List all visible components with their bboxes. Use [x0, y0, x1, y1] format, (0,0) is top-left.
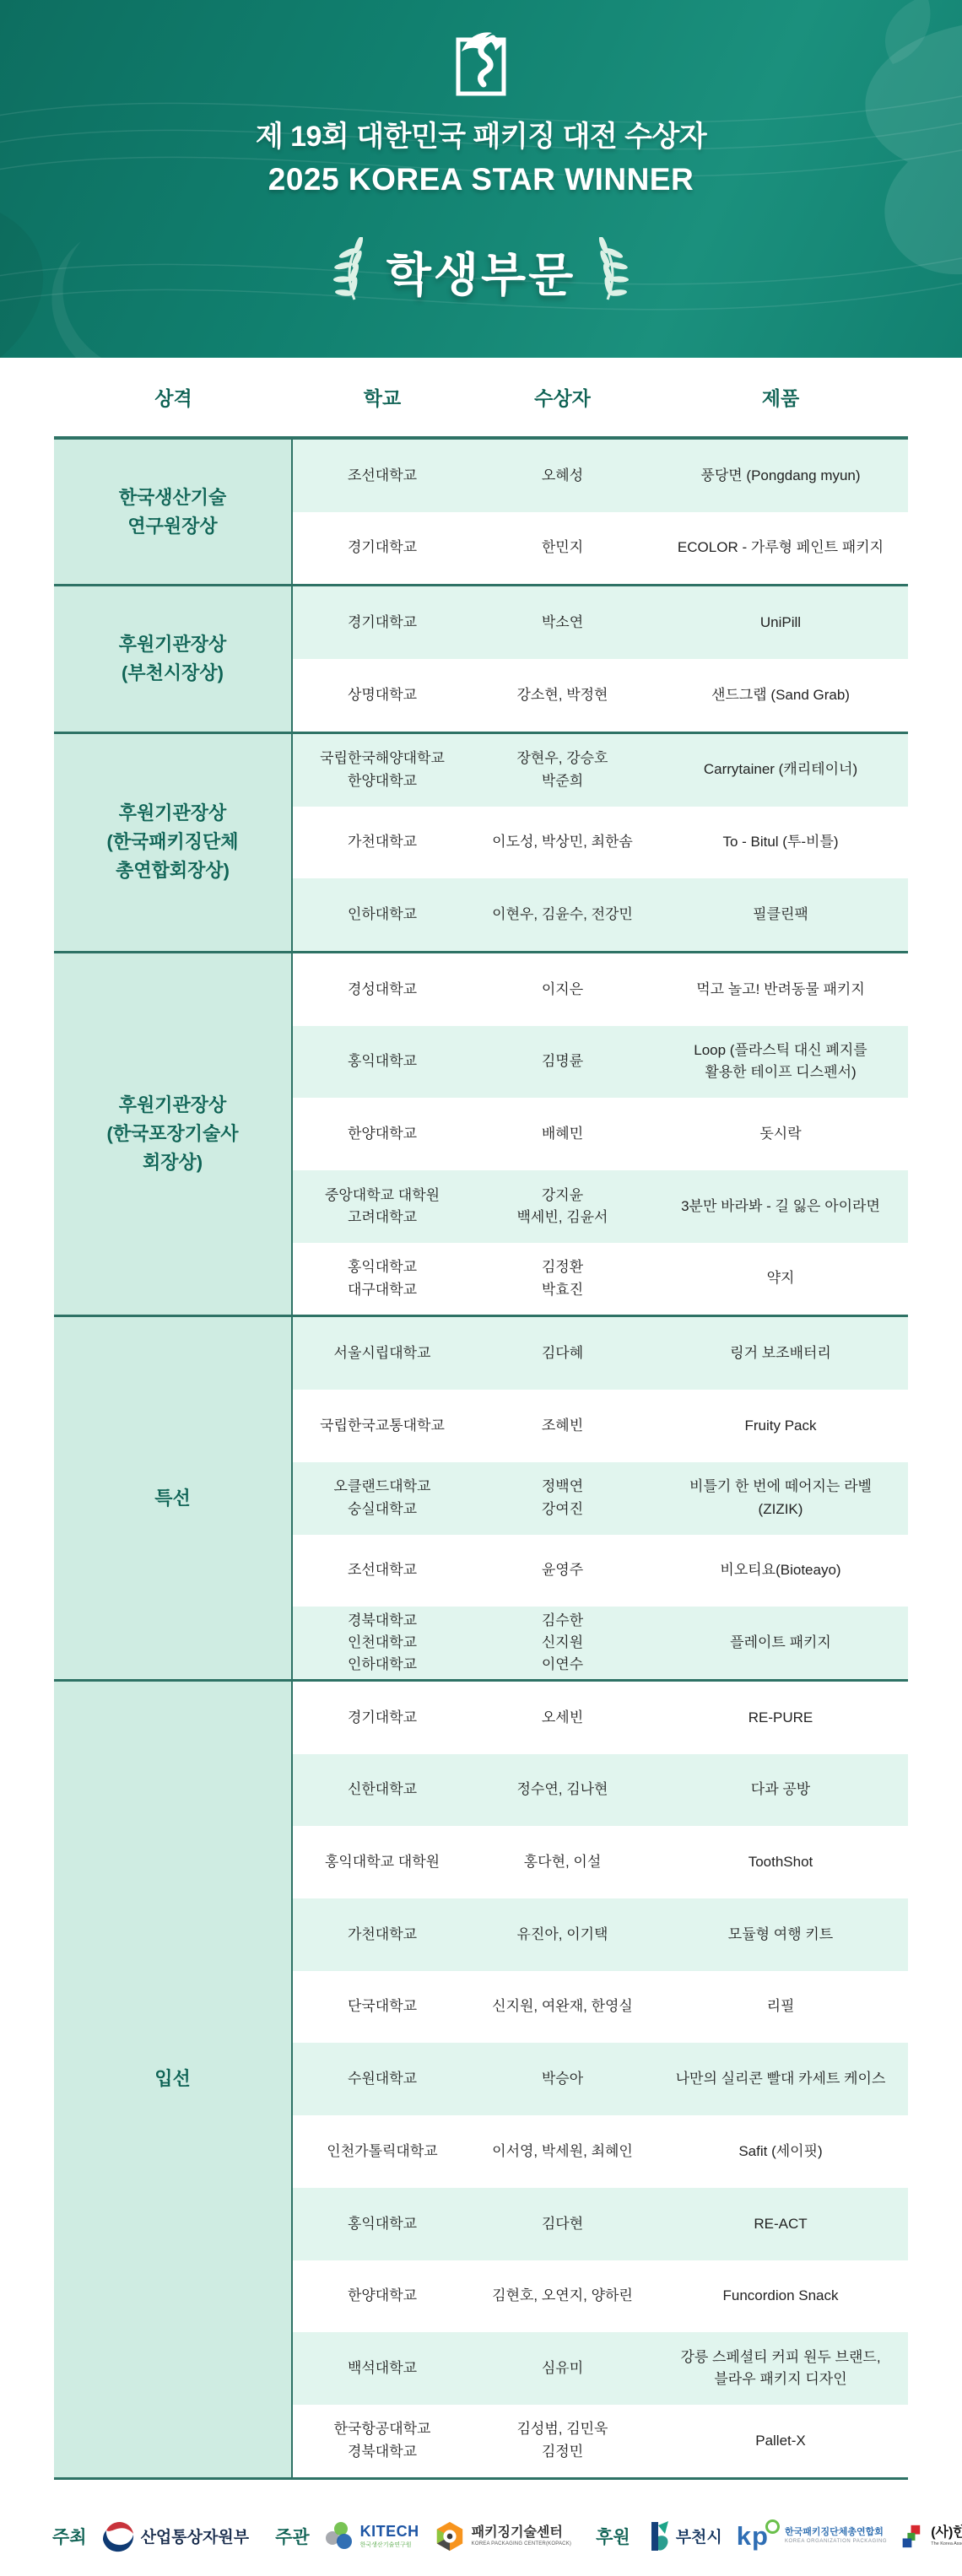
header-product: 제품: [653, 383, 908, 411]
product-cell: Funcordion Snack: [653, 2285, 908, 2307]
packaging-center-hexagon-icon: [434, 2520, 466, 2552]
product-cell: 다과 공방: [653, 1779, 908, 1801]
org-kappe: (사)한국포장기술사회 The Korea Association of Pro…: [901, 2522, 962, 2551]
division-title: 학생부문: [386, 238, 576, 305]
product-cell: Pallet-X: [653, 2430, 908, 2452]
kopack-name: 패키징기술센터: [472, 2525, 571, 2541]
product-cell: Loop (플라스틱 대신 폐지를 활용한 테이프 디스펜서): [653, 1040, 908, 1084]
product-cell: ECOLOR - 가루형 페인트 패키지: [653, 537, 908, 559]
org-kp: kp 한국패키징단체총연합회 KOREA ORGANIZATION PACKAG…: [737, 2523, 887, 2549]
winner-cell: 김다현: [472, 2213, 653, 2235]
school-cell: 수원대학교: [293, 2068, 472, 2090]
award-cell: 한국생산기술 연구원장상: [54, 440, 291, 584]
product-cell: To - Bitul (투-비틀): [653, 831, 908, 853]
winner-cell: 박승아: [472, 2068, 653, 2090]
table-row: 한양대학교김현호, 오연지, 양하린Funcordion Snack: [293, 2260, 908, 2333]
winner-cell: 정백연 강여진: [472, 1476, 653, 1520]
table-body: 한국생산기술 연구원장상 조선대학교오혜성풍당면 (Pongdang myun)…: [54, 436, 908, 2480]
winner-cell: 김수한 신지원 이연수: [472, 1610, 653, 1677]
korea-star-emblem-icon: [455, 25, 507, 98]
school-cell: 백석대학교: [293, 2357, 472, 2379]
winner-cell: 강소현, 박정현: [472, 684, 653, 706]
winner-cell: 정수연, 김나현: [472, 1779, 653, 1801]
product-cell: 모듈형 여행 키트: [653, 1924, 908, 1946]
product-cell: RE-PURE: [653, 1707, 908, 1729]
table-header-row: 상격 학교 수상자 제품: [54, 358, 908, 436]
host-label: 주최: [52, 2524, 87, 2549]
table-row: 인천가톨릭대학교이서영, 박세원, 최혜인Safit (세이핏): [293, 2115, 908, 2188]
bucheon-city-icon: [645, 2520, 670, 2552]
kitech-name: KITECH: [360, 2524, 419, 2541]
table-row: 조선대학교윤영주비오티요(Bioteayo): [293, 1535, 908, 1607]
motie-name: 산업통상자원부: [141, 2525, 249, 2547]
school-cell: 오클랜드대학교 숭실대학교: [293, 1476, 472, 1520]
product-cell: 리필: [653, 1995, 908, 2017]
winner-cell: 심유미: [472, 2357, 653, 2379]
award-cell: 후원기관장상 (한국포장기술사 회장상): [54, 953, 291, 1315]
winner-cell: 김현호, 오연지, 양하린: [472, 2285, 653, 2307]
table-row: 상명대학교강소현, 박정현샌드그랩 (Sand Grab): [293, 659, 908, 732]
table-row: 서울시립대학교김다혜링거 보조배터리: [293, 1317, 908, 1390]
school-cell: 경기대학교: [293, 1707, 472, 1729]
school-cell: 한양대학교: [293, 2285, 472, 2307]
product-cell: 약지: [653, 1267, 908, 1289]
winner-cell: 김성범, 김민욱 김정민: [472, 2418, 653, 2463]
table-row: 한양대학교배혜민돗시락: [293, 1098, 908, 1170]
winner-cell: 이서영, 박세원, 최혜인: [472, 2141, 653, 2163]
table-row: 중앙대학교 대학원 고려대학교강지윤 백세빈, 김윤서3분만 바라봐 - 길 잃…: [293, 1170, 908, 1243]
winner-cell: 신지원, 여완재, 한영실: [472, 1995, 653, 2017]
product-cell: 링거 보조배터리: [653, 1342, 908, 1364]
motie-taegeuk-icon: [101, 2519, 135, 2553]
kp-ring-icon: [765, 2519, 780, 2534]
table-row: 경북대학교 인천대학교 인하대학교김수한 신지원 이연수플레이트 패키지: [293, 1607, 908, 1679]
table-row: 경기대학교박소연UniPill: [293, 586, 908, 659]
laurel-right-icon: [596, 237, 631, 305]
winner-cell: 한민지: [472, 537, 653, 559]
school-cell: 홍익대학교: [293, 2213, 472, 2235]
winner-cell: 조혜빈: [472, 1415, 653, 1437]
school-cell: 국립한국교통대학교: [293, 1415, 472, 1437]
product-cell: 풍당면 (Pongdang myun): [653, 465, 908, 487]
school-cell: 조선대학교: [293, 465, 472, 487]
kopack-subtext: KOREA PACKAGING CENTER(KOPACK): [472, 2541, 571, 2547]
winner-cell: 유진아, 이기택: [472, 1924, 653, 1946]
table-row: 조선대학교오혜성풍당면 (Pongdang myun): [293, 440, 908, 512]
school-cell: 홍익대학교 대학원: [293, 1851, 472, 1873]
product-cell: 플레이트 패키지: [653, 1632, 908, 1654]
kappe-squares-icon: [901, 2522, 925, 2551]
winner-cell: 김명륜: [472, 1050, 653, 1072]
table-row: 경성대학교이지은먹고 놀고! 반려동물 패키지: [293, 953, 908, 1026]
header-school: 학교: [293, 383, 472, 411]
award-group: 후원기관장상 (부천시장상) 경기대학교박소연UniPill 상명대학교강소현,…: [54, 584, 908, 731]
table-row: 가천대학교유진아, 이기택모듈형 여행 키트: [293, 1898, 908, 1971]
school-cell: 서울시립대학교: [293, 1342, 472, 1364]
school-cell: 홍익대학교 대구대학교: [293, 1256, 472, 1301]
product-cell: 3분만 바라봐 - 길 잃은 아이라면: [653, 1196, 908, 1218]
table-row: 한국항공대학교 경북대학교김성범, 김민욱 김정민Pallet-X: [293, 2405, 908, 2477]
org-kitech: KITECH 한국생산기술연구원: [324, 2521, 419, 2552]
table-row: 홍익대학교 대구대학교김정환 박효진약지: [293, 1243, 908, 1315]
table-row: 국립한국해양대학교 한양대학교장현우, 강승호 박준희Carrytainer (…: [293, 734, 908, 807]
table-row: 홍익대학교 대학원홍다현, 이설ToothShot: [293, 1826, 908, 1898]
product-cell: 강릉 스페셜티 커피 원두 브랜드, 블라우 패키지 디자인: [653, 2346, 908, 2391]
school-cell: 경성대학교: [293, 979, 472, 1001]
school-cell: 인하대학교: [293, 904, 472, 926]
table-row: 홍익대학교김다현RE-ACT: [293, 2188, 908, 2260]
award-cell: 입선: [54, 1682, 291, 2477]
organizer-label: 주관: [275, 2524, 310, 2549]
table-row: 경기대학교오세빈RE-PURE: [293, 1682, 908, 1754]
product-cell: 먹고 놀고! 반려동물 패키지: [653, 979, 908, 1001]
award-cell: 후원기관장상 (한국패키징단체 총연합회장상): [54, 734, 291, 951]
school-cell: 조선대학교: [293, 1559, 472, 1581]
school-cell: 홍익대학교: [293, 1050, 472, 1072]
school-cell: 신한대학교: [293, 1779, 472, 1801]
product-cell: 나만의 실리콘 빨대 카세트 케이스: [653, 2068, 908, 2090]
school-cell: 국립한국해양대학교 한양대학교: [293, 748, 472, 792]
banner-subtitle: 2025 KOREA STAR WINNER: [0, 162, 962, 197]
kappe-subtext: The Korea Association of Professional Pa…: [931, 2541, 962, 2546]
school-cell: 중앙대학교 대학원 고려대학교: [293, 1185, 472, 1229]
table-row: 신한대학교정수연, 김나현다과 공방: [293, 1754, 908, 1827]
winner-cell: 박소연: [472, 612, 653, 634]
table-row: 가천대학교이도성, 박상민, 최한솜To - Bitul (투-비틀): [293, 807, 908, 879]
product-cell: Fruity Pack: [653, 1415, 908, 1437]
award-group: 특선 서울시립대학교김다혜링거 보조배터리 국립한국교통대학교조혜빈Fruity…: [54, 1315, 908, 1679]
award-group: 입선 경기대학교오세빈RE-PURE 신한대학교정수연, 김나현다과 공방 홍익…: [54, 1679, 908, 2477]
banner: 제 19회 대한민국 패키징 대전 수상자 2025 KOREA STAR WI…: [0, 0, 962, 358]
kp-name: 한국패키징단체총연합회: [785, 2527, 887, 2537]
product-cell: 샌드그랩 (Sand Grab): [653, 684, 908, 706]
product-cell: UniPill: [653, 612, 908, 634]
winner-cell: 오세빈: [472, 1707, 653, 1729]
org-motie: 산업통상자원부: [101, 2519, 249, 2553]
winner-cell: 배혜민: [472, 1123, 653, 1145]
table-row: 오클랜드대학교 숭실대학교정백연 강여진비틀기 한 번에 떼어지는 라벨 (ZI…: [293, 1462, 908, 1535]
school-cell: 한양대학교: [293, 1123, 472, 1145]
school-cell: 상명대학교: [293, 684, 472, 706]
table-row: 수원대학교박승아나만의 실리콘 빨대 카세트 케이스: [293, 2043, 908, 2115]
kappe-name: (사)한국포장기술사회: [931, 2525, 962, 2541]
kp-subtext: KOREA ORGANIZATION PACKAGING: [785, 2539, 887, 2545]
winner-cell: 강지윤 백세빈, 김윤서: [472, 1185, 653, 1229]
product-cell: ToothShot: [653, 1851, 908, 1873]
sponsor-label: 후원: [596, 2524, 630, 2549]
winner-cell: 이도성, 박상민, 최한솜: [472, 831, 653, 853]
product-cell: Carrytainer (캐리테이너): [653, 759, 908, 780]
school-cell: 경북대학교 인천대학교 인하대학교: [293, 1610, 472, 1677]
table-row: 경기대학교한민지ECOLOR - 가루형 페인트 패키지: [293, 512, 908, 585]
winner-cell: 윤영주: [472, 1559, 653, 1581]
header-award: 상격: [54, 383, 293, 411]
org-bucheon: 부천시: [645, 2520, 722, 2552]
product-cell: Safit (세이핏): [653, 2141, 908, 2163]
product-cell: 필클린팩: [653, 904, 908, 926]
product-cell: 비틀기 한 번에 떼어지는 라벨 (ZIZIK): [653, 1476, 908, 1520]
header-winner: 수상자: [472, 383, 653, 411]
winner-cell: 김다혜: [472, 1342, 653, 1364]
winners-table: 상격 학교 수상자 제품 한국생산기술 연구원장상 조선대학교오혜성풍당면 (P…: [54, 358, 908, 2480]
winner-cell: 오혜성: [472, 465, 653, 487]
table-row: 백석대학교심유미강릉 스페셜티 커피 원두 브랜드, 블라우 패키지 디자인: [293, 2332, 908, 2405]
school-cell: 한국항공대학교 경북대학교: [293, 2418, 472, 2463]
table-row: 국립한국교통대학교조혜빈Fruity Pack: [293, 1390, 908, 1462]
winner-cell: 홍다현, 이설: [472, 1851, 653, 1873]
school-cell: 인천가톨릭대학교: [293, 2141, 472, 2163]
footer: 주최 산업통상자원부 주관 KITECH 한국생산기술연구원 패키징기술센터: [52, 2508, 962, 2564]
award-cell: 특선: [54, 1317, 291, 1679]
award-group: 후원기관장상 (한국패키징단체 총연합회장상) 국립한국해양대학교 한양대학교장…: [54, 732, 908, 951]
winner-cell: 이현우, 김윤수, 전강민: [472, 904, 653, 926]
winner-cell: 김정환 박효진: [472, 1256, 653, 1301]
banner-title: 제 19회 대한민국 패키징 대전 수상자: [0, 113, 962, 154]
award-cell: 후원기관장상 (부천시장상): [54, 586, 291, 731]
school-cell: 가천대학교: [293, 1924, 472, 1946]
product-cell: 비오티요(Bioteayo): [653, 1559, 908, 1581]
award-group: 한국생산기술 연구원장상 조선대학교오혜성풍당면 (Pongdang myun)…: [54, 440, 908, 584]
kitech-subtext: 한국생산기술연구원: [360, 2542, 419, 2549]
org-kopack: 패키징기술센터 KOREA PACKAGING CENTER(KOPACK): [434, 2520, 571, 2552]
bucheon-name: 부천시: [676, 2525, 722, 2547]
table-row: 인하대학교이현우, 김윤수, 전강민필클린팩: [293, 878, 908, 951]
school-cell: 단국대학교: [293, 1995, 472, 2017]
winner-cell: 이지은: [472, 979, 653, 1001]
school-cell: 경기대학교: [293, 612, 472, 634]
kitech-logo-icon: [324, 2521, 354, 2552]
table-row: 단국대학교신지원, 여완재, 한영실리필: [293, 1971, 908, 2044]
product-cell: RE-ACT: [653, 2213, 908, 2235]
winner-cell: 장현우, 강승호 박준희: [472, 748, 653, 792]
laurel-left-icon: [331, 237, 366, 305]
school-cell: 경기대학교: [293, 537, 472, 559]
award-group: 후원기관장상 (한국포장기술사 회장상) 경성대학교이지은먹고 놀고! 반려동물…: [54, 951, 908, 1315]
table-row: 홍익대학교김명륜Loop (플라스틱 대신 폐지를 활용한 테이프 디스펜서): [293, 1026, 908, 1099]
kp-mark: kp: [737, 2523, 769, 2549]
school-cell: 가천대학교: [293, 831, 472, 853]
product-cell: 돗시락: [653, 1123, 908, 1145]
